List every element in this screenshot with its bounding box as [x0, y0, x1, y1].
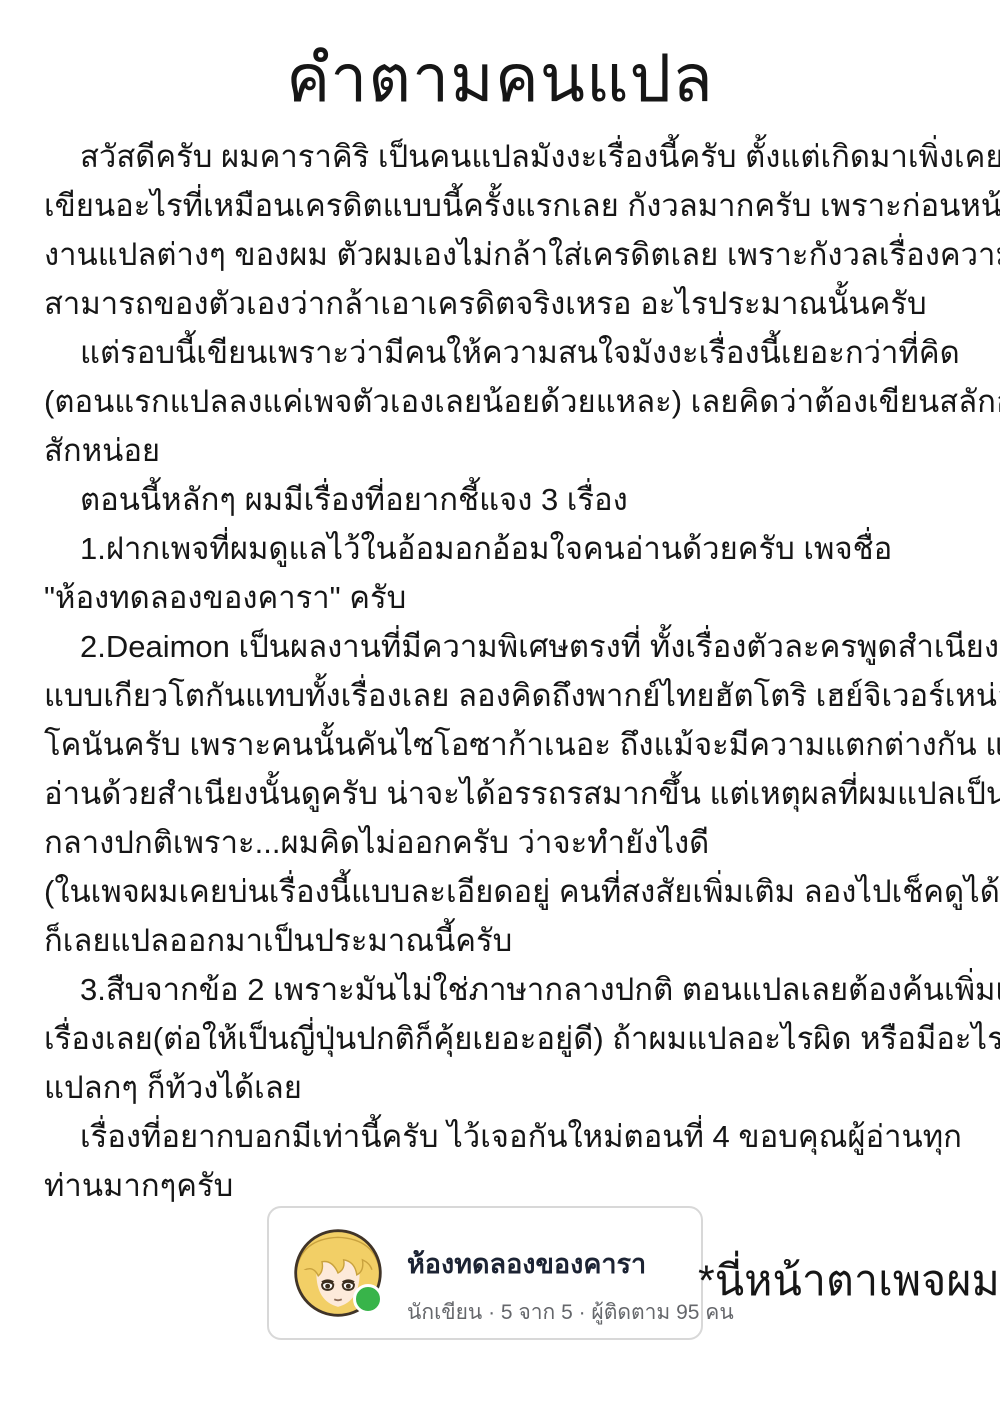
- body-line: ก็เลยแปลออกมาเป็นประมาณนี้ครับ: [44, 916, 970, 965]
- body-line: 2.Deaimon เป็นผลงานที่มีความพิเศษตรงที่ …: [44, 622, 970, 671]
- page-meta: นักเขียน · 5 จาก 5 · ผู้ติดตาม 95 คน: [407, 1296, 734, 1329]
- page-avatar: [291, 1226, 385, 1320]
- body-line: เรื่องเลย(ต่อให้เป็นญี่ปุ่นปกติก็คุ้ยเยอ…: [44, 1014, 970, 1063]
- body-line: ตอนนี้หลักๆ ผมมีเรื่องที่อยากชี้แจง 3 เร…: [44, 475, 970, 524]
- body-line: แต่รอบนี้เขียนเพราะว่ามีคนให้ความสนใจมัง…: [44, 328, 970, 377]
- body-line: กลางปกติเพราะ...ผมคิดไม่ออกครับ ว่าจะทำย…: [44, 818, 970, 867]
- handwritten-note: *นี่หน้าตาเพจผม: [698, 1246, 1000, 1314]
- body-line: 1.ฝากเพจที่ผมดูแลไว้ในอ้อมอกอ้อมใจคนอ่าน…: [44, 524, 970, 573]
- translator-note-page: คำตามคนแปล สวัสดีครับ ผมคาราคิริ เป็นคนแ…: [0, 0, 1000, 1417]
- body-line: 3.สืบจากข้อ 2 เพราะมันไม่ใช่ภาษากลางปกติ…: [44, 965, 970, 1014]
- page-card-text: ห้องทดลองของคารา นักเขียน · 5 จาก 5 · ผู…: [407, 1226, 734, 1329]
- online-status-dot: [353, 1284, 383, 1314]
- body-line: อ่านด้วยสำเนียงนั้นดูครับ น่าจะได้อรรถรส…: [44, 769, 970, 818]
- body-line: เรื่องที่อยากบอกมีเท่านี้ครับ ไว้เจอกันใ…: [44, 1112, 970, 1161]
- body-line: สักหน่อย: [44, 426, 970, 475]
- body-line: โคนันครับ เพราะคนนั้นคันไซโอซาก้าเนอะ ถึ…: [44, 720, 970, 769]
- body-line: (ตอนแรกแปลลงแค่เพจตัวเองเลยน้อยด้วยแหละ)…: [44, 377, 970, 426]
- facebook-page-card: ห้องทดลองของคารา นักเขียน · 5 จาก 5 · ผู…: [267, 1206, 703, 1340]
- translator-note-body: สวัสดีครับ ผมคาราคิริ เป็นคนแปลมังงะเรื่…: [44, 132, 970, 1210]
- page-name: ห้องทดลองของคารา: [407, 1242, 734, 1285]
- body-line: "ห้องทดลองของคารา" ครับ: [44, 573, 970, 622]
- body-line: (ในเพจผมเคยบ่นเรื่องนี้แบบละเอียดอยู่ คน…: [44, 867, 970, 916]
- body-line: สวัสดีครับ ผมคาราคิริ เป็นคนแปลมังงะเรื่…: [44, 132, 970, 181]
- body-line: เขียนอะไรที่เหมือนเครดิตแบบนี้ครั้งแรกเล…: [44, 181, 970, 230]
- body-line: งานแปลต่างๆ ของผม ตัวผมเองไม่กล้าใส่เครด…: [44, 230, 970, 279]
- facebook-page-card-inner: ห้องทดลองของคารา นักเขียน · 5 จาก 5 · ผู…: [291, 1226, 691, 1329]
- body-line: ท่านมากๆครับ: [44, 1161, 970, 1210]
- body-line: สามารถของตัวเองว่ากล้าเอาเครดิตจริงเหรอ …: [44, 279, 970, 328]
- page-title: คำตามคนแปล: [0, 26, 1000, 131]
- body-line: แบบเกียวโตกันแทบทั้งเรื่องเลย ลองคิดถึงพ…: [44, 671, 970, 720]
- body-line: แปลกๆ ก็ท้วงได้เลย: [44, 1063, 970, 1112]
